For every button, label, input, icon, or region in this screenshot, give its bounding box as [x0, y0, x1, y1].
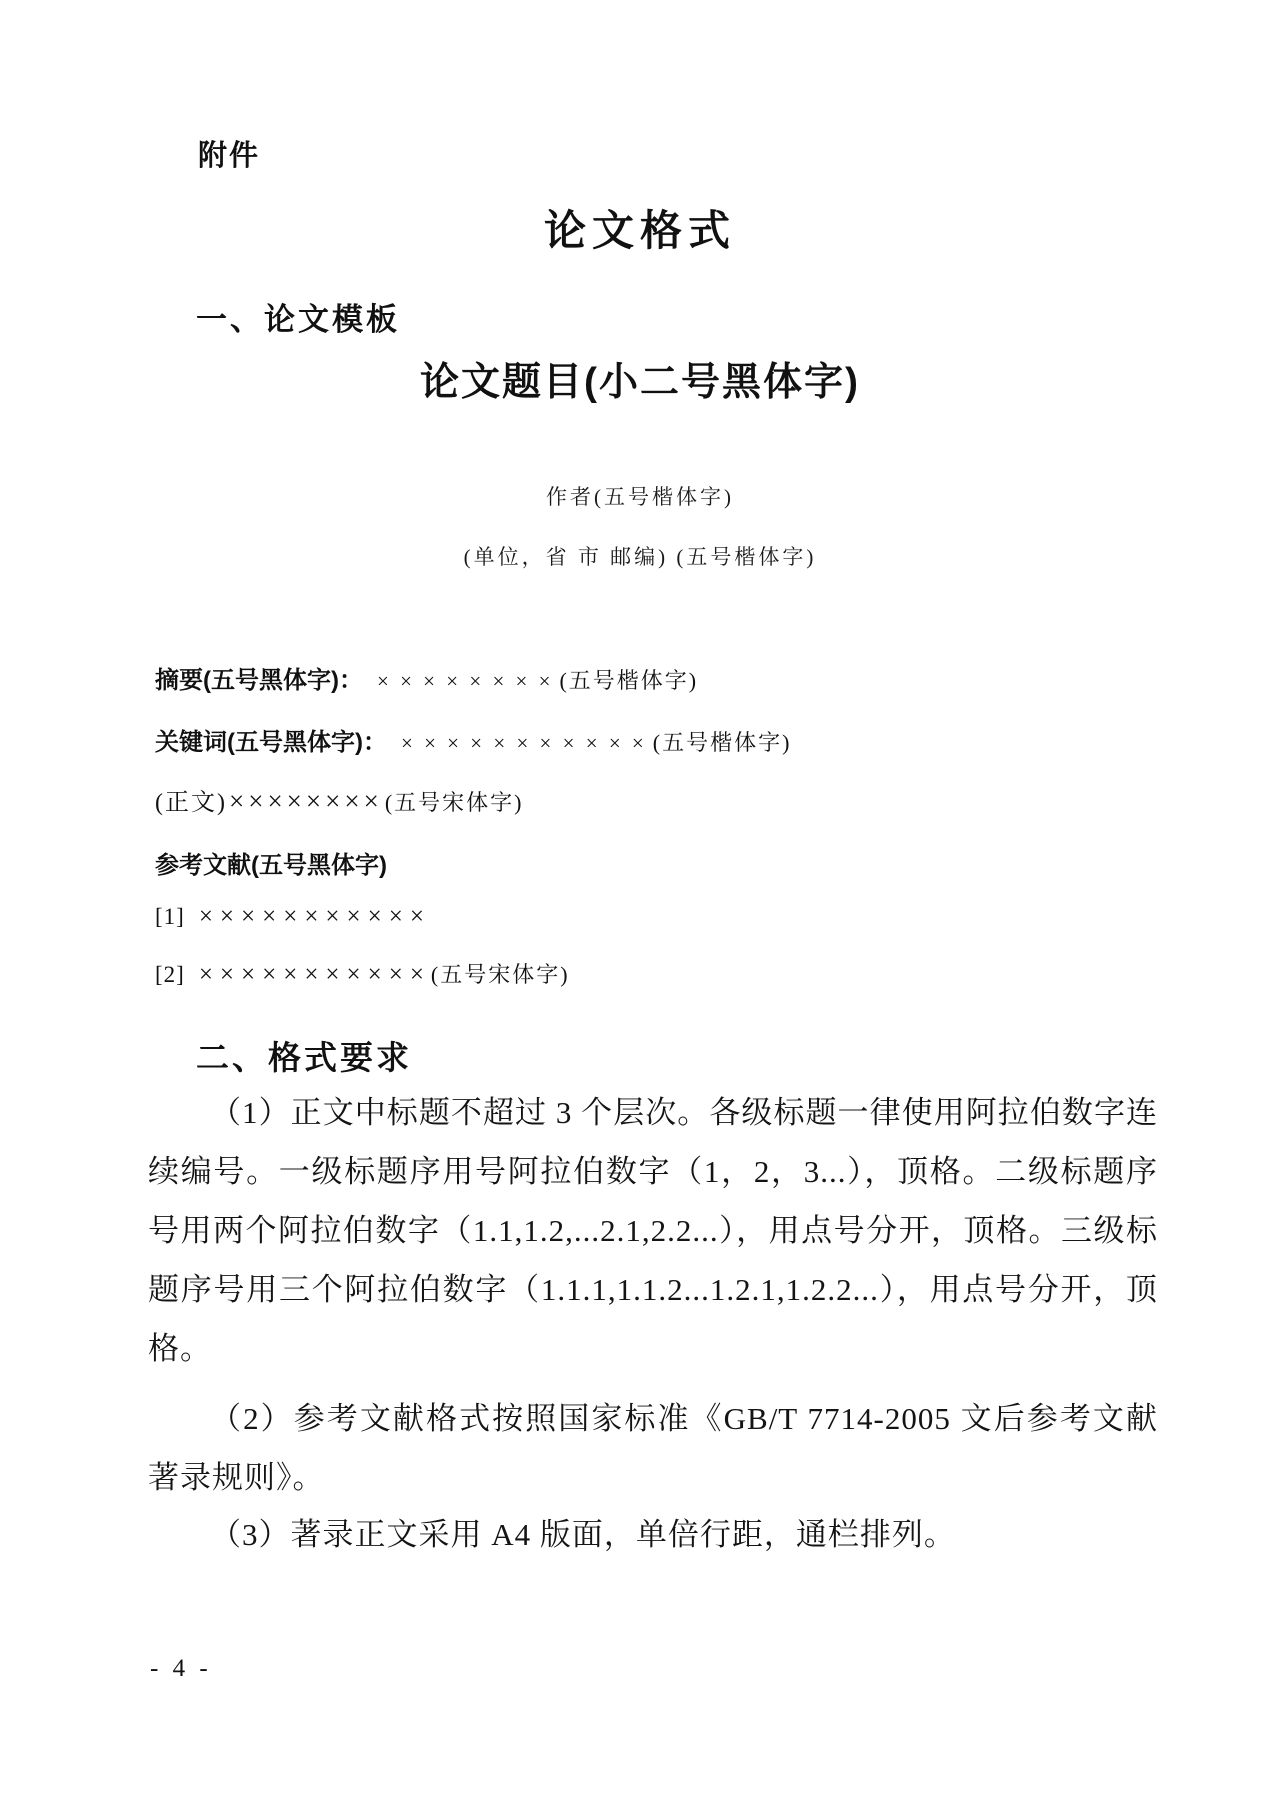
template-paper-title: 论文题目(小二号黑体字) [0, 351, 1280, 407]
template-references-heading: 参考文献(五号黑体字) [155, 845, 387, 880]
abstract-placeholder: × × × × × × × × [363, 669, 560, 693]
document-page: 附件 论文格式 一、论文模板 论文题目(小二号黑体字) 作者(五号楷体字) (单… [0, 0, 1280, 1810]
reference-1-index: [1] [155, 904, 185, 929]
template-abstract-line: 摘要(五号黑体字)：× × × × × × × ×(五号楷体字) [155, 660, 698, 695]
template-bodytext-line: (正文)××××××××(五号宋体字) [155, 782, 523, 817]
page-number: - 4 - [150, 1655, 212, 1683]
template-keywords-line: 关键词(五号黑体字)：× × × × × × × × × × ×(五号楷体字) [155, 722, 791, 757]
attachment-label: 附件 [198, 133, 260, 174]
document-title: 论文格式 [0, 198, 1280, 258]
abstract-label: 摘要(五号黑体字)： [155, 667, 363, 694]
bodytext-label: (正文) [155, 790, 227, 816]
section2-heading: 二、格式要求 [196, 1032, 412, 1079]
bodytext-note: (五号宋体字) [385, 790, 524, 815]
template-reference-item: [2]×××××××××××(五号宋体字) [155, 958, 570, 989]
format-rule-paragraph-1: （1）正文中标题不超过 3 个层次。各级标题一律使用阿拉伯数字连续编号。一级标题… [148, 1083, 1158, 1378]
keywords-placeholder: × × × × × × × × × × × [387, 731, 653, 755]
reference-2-note: (五号宋体字) [431, 962, 570, 987]
template-reference-item: [1]××××××××××× [155, 903, 431, 931]
abstract-note: (五号楷体字) [559, 668, 698, 693]
format-rule-paragraph-3: （3）著录正文采用 A4 版面，单倍行距，通栏排列。 [148, 1505, 1158, 1564]
format-rule-paragraph-2: （2）参考文献格式按照国家标准《GB/T 7714-2005 文后参考文献著录规… [148, 1389, 1158, 1507]
reference-2-placeholder: ××××××××××× [185, 961, 431, 988]
reference-2-index: [2] [155, 962, 185, 987]
keywords-note: (五号楷体字) [653, 730, 792, 755]
bodytext-placeholder: ×××××××× [227, 786, 385, 816]
keywords-label: 关键词(五号黑体字)： [155, 729, 387, 756]
reference-1-placeholder: ××××××××××× [185, 903, 431, 930]
template-author-line: 作者(五号楷体字) [0, 481, 1280, 511]
section1-heading: 一、论文模板 [196, 294, 400, 339]
template-affiliation-line: (单位，省 市 邮编) (五号楷体字) [0, 541, 1280, 571]
